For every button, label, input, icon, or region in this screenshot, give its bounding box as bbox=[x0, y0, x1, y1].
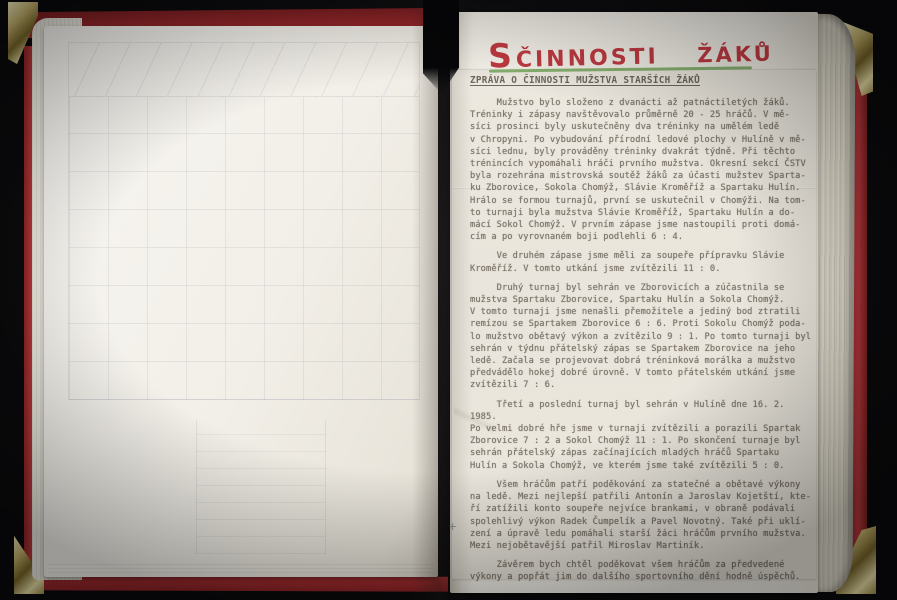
photographed-chronicle-book: SČINNOSTI ŽÁKŮ ZPRÁVA O ČINNOSTI MUŽSTVA… bbox=[0, 0, 897, 600]
photo-vignette bbox=[0, 0, 897, 600]
